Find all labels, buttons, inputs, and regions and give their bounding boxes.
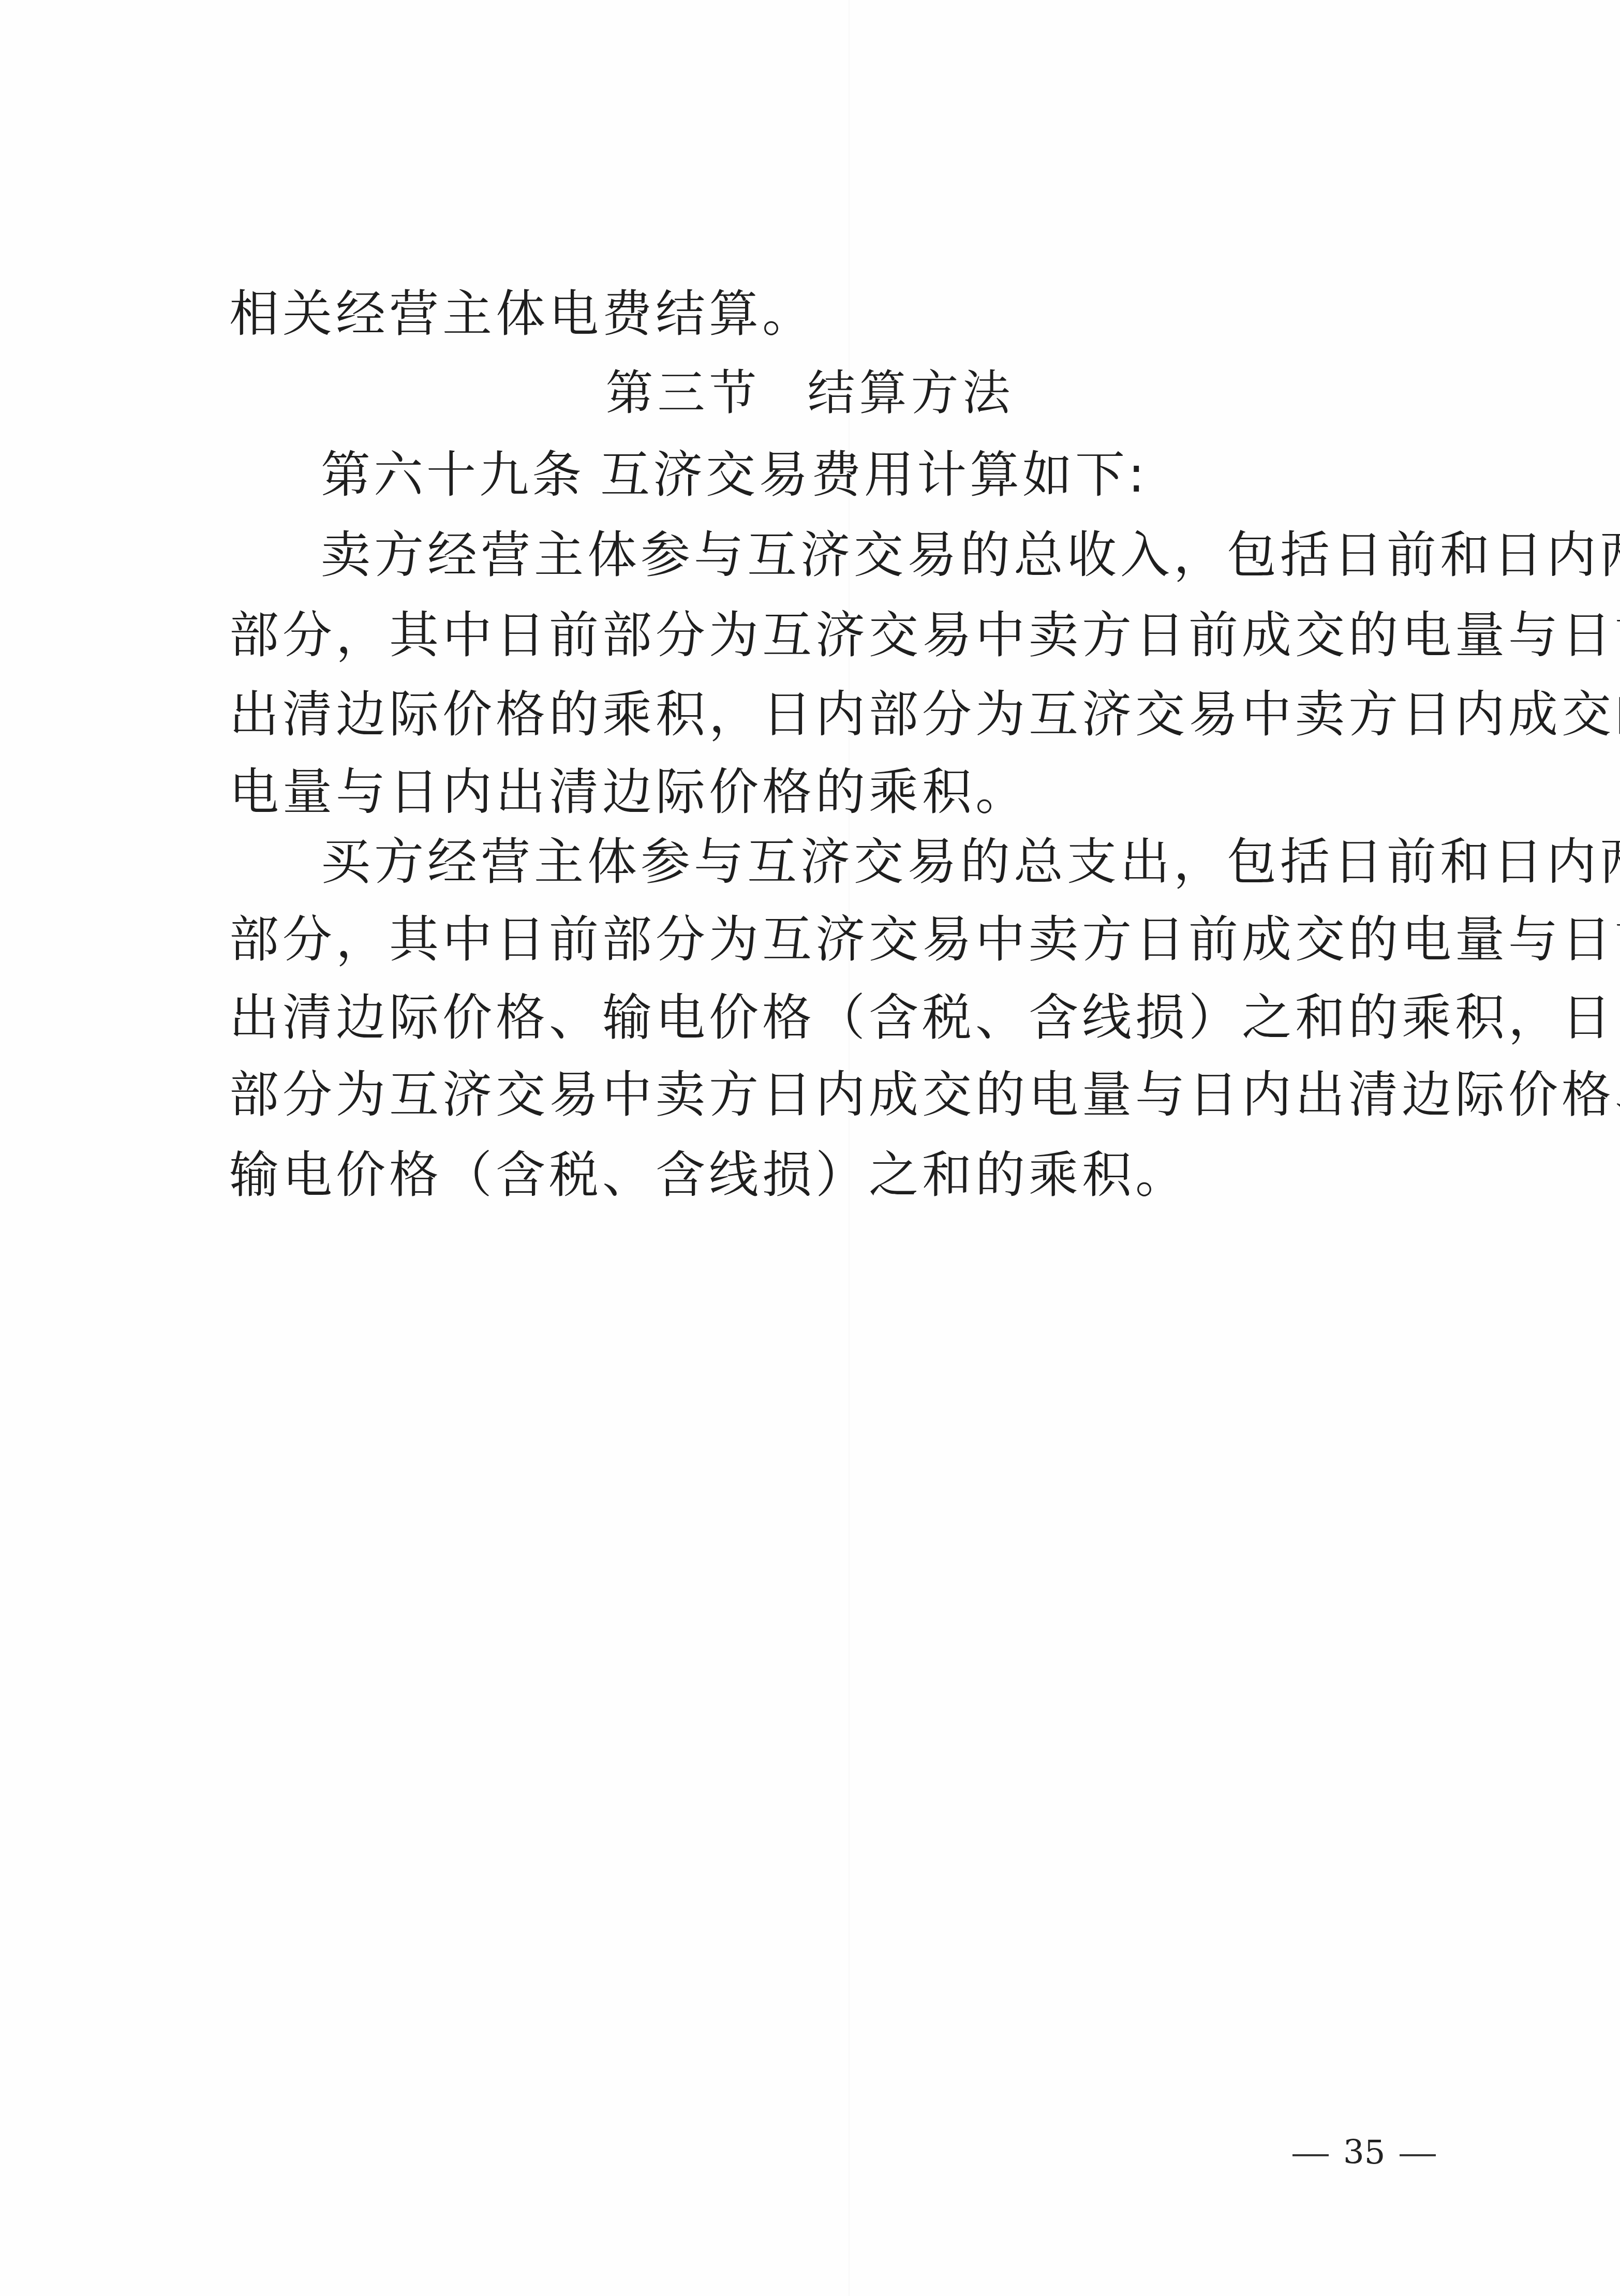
paragraph-1-line-1: 卖方经营主体参与互济交易的总收入，包括日前和日内两 [321, 524, 1414, 586]
continuation-line: 相关经营主体电费结算。 [229, 283, 1414, 345]
page-number-dash-right [1400, 2154, 1436, 2156]
page-number: 35 [1278, 2127, 1450, 2179]
paragraph-2-line-4: 部分为互济交易中卖方日内成交的电量与日内出清边际价格、 [229, 1063, 1414, 1125]
paragraph-2-line-3: 出清边际价格、输电价格（含税、含线损）之和的乘积，日内 [229, 986, 1414, 1048]
paragraph-2-line-5: 输电价格（含税、含线损）之和的乘积。 [229, 1144, 1414, 1206]
page-number-value: 35 [1343, 2134, 1385, 2172]
paragraph-1-line-3: 出清边际价格的乘积，日内部分为互济交易中卖方日内成交的 [229, 683, 1414, 745]
section-heading: 第三节结算方法 [0, 362, 1620, 424]
document-page: 相关经营主体电费结算。 第三节结算方法 第六十九条互济交易费用计算如下: 卖方经… [0, 0, 1620, 2296]
section-title: 结算方法 [808, 365, 1015, 421]
page-number-dash-left [1292, 2154, 1329, 2156]
article-number: 第六十九条 [321, 446, 585, 503]
paragraph-2-line-1: 买方经营主体参与互济交易的总支出，包括日前和日内两 [321, 831, 1414, 893]
paragraph-1-line-4: 电量与日内出清边际价格的乘积。 [229, 761, 1414, 823]
paragraph-2-line-2: 部分，其中日前部分为互济交易中卖方日前成交的电量与日前 [229, 908, 1414, 970]
paragraph-1-line-2: 部分，其中日前部分为互济交易中卖方日前成交的电量与日前 [229, 604, 1414, 666]
article-heading: 第六十九条互济交易费用计算如下: [321, 443, 1148, 506]
article-title: 互济交易费用计算如下: [600, 446, 1148, 503]
section-number: 第三节 [605, 365, 761, 421]
